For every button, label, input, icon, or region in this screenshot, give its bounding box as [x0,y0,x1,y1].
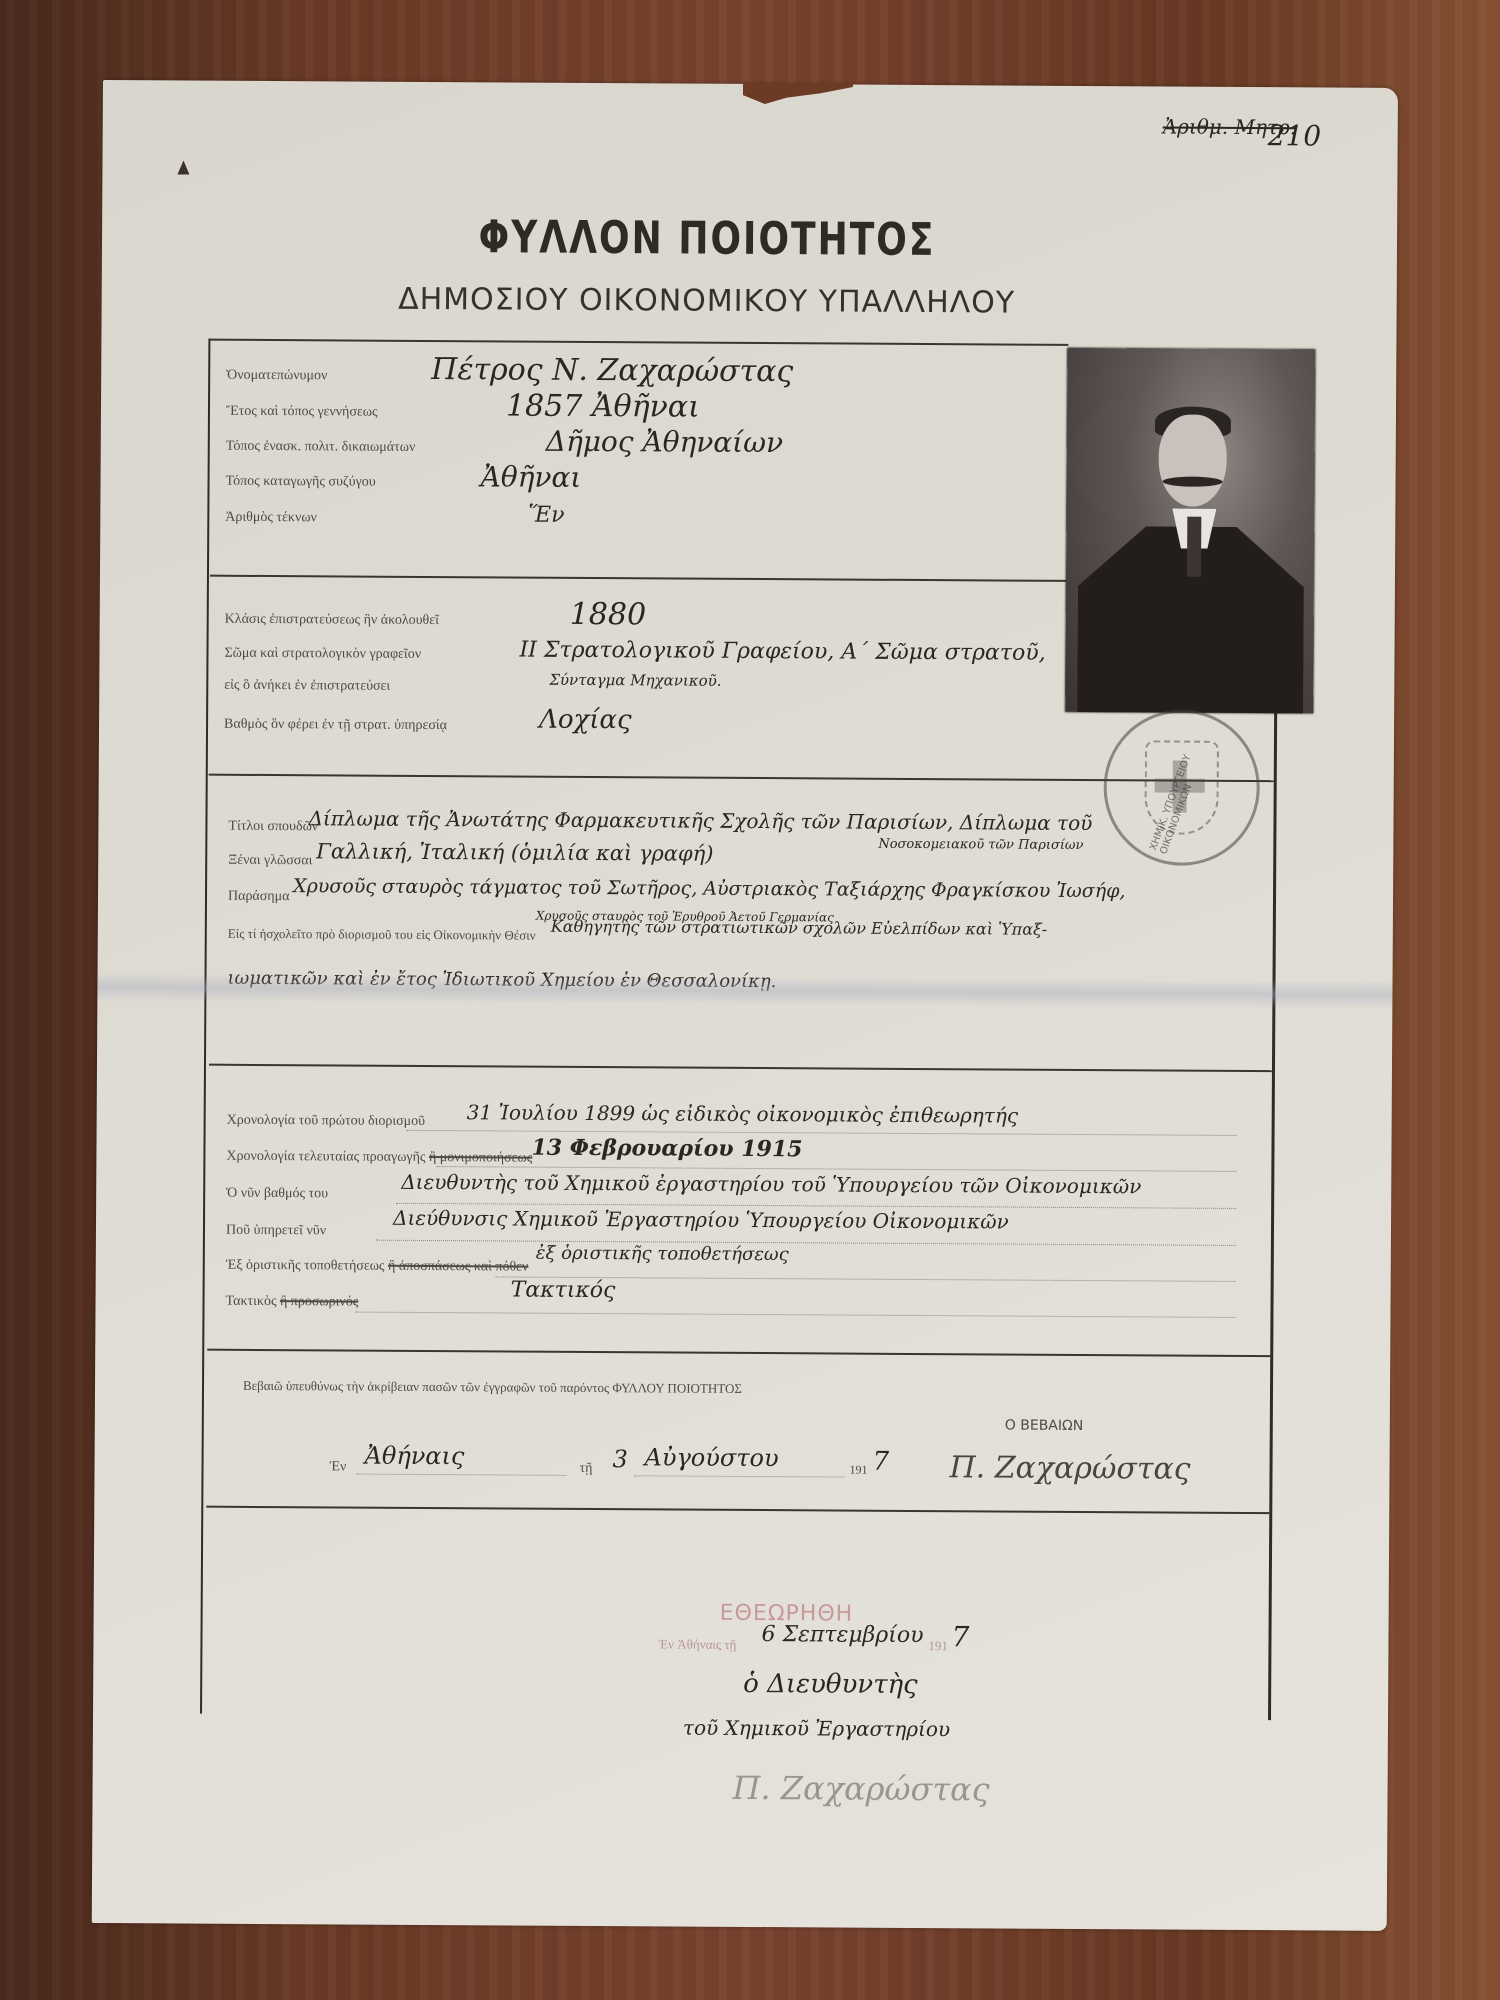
value-degrees-continuation: Νοσοκομειακοῦ τῶν Παρισίων [878,837,1083,853]
value-languages: Γαλλική, Ἰταλική (ὁμιλία καὶ γραφή) [316,839,713,865]
paper-tear [743,82,853,105]
label-first-appointment: Χρονολογία τοῦ πρώτου διορισμοῦ [227,1113,426,1130]
label-languages: Ξέναι γλῶσσαι [228,853,312,870]
value-degrees: Δίπλωμα τῆς Ἀνωτάτης Φαρμακευτικῆς Σχολῆ… [308,806,1092,835]
value-last-promotion: 13 Φεβρουαρίου 1915 [531,1135,802,1163]
value-name: Πέτρος Ν. Ζαχαρώστας [431,352,793,389]
review-title-line2: τοῦ Χημικοῦ Ἐργαστηρίου [683,1716,950,1742]
official-seal-icon: ΧΗΜΙΚ. ΥΠΟΥΡΓΕΙΟΥ ΟΙΚΟΝΟΜΙΚΩΝ [1103,709,1260,866]
portrait-photo [1065,348,1315,714]
value-corps: ΙΙ Στρατολογικοῦ Γραφείου, Α΄ Σῶμα στρατ… [519,638,1045,666]
value-serving-at: Διεύθυνσις Χημικοῦ Ἐργαστηρίου Ὑπουργείο… [393,1206,1009,1234]
value-military-rank: Λοχίας [539,705,632,736]
value-birth: 1857 Ἀθῆναι [506,388,700,424]
certifier-signature: Π. Ζαχαρώστας [949,1450,1190,1486]
value-conscription-class: 1880 [570,597,647,632]
review-year-prefix: 191 [928,1638,948,1654]
certification-statement: Βεβαιῶ ὑπευθύνως τὴν ἀκρίβειαν πασῶν τῶν… [243,1378,742,1397]
frame-right-border [1268,705,1277,1720]
label-name: Ὀνοματεπώνυμον [226,368,327,385]
review-year-suffix: 7 [951,1620,969,1653]
label-civic-rights: Τόπος ἐνασκ. πολιτ. δικαιωμάτων [226,439,416,456]
year-suffix: 7 [872,1447,889,1477]
label-decorations: Παράσημα [228,889,290,905]
review-title-line1: ὁ Διευθυντὴς [743,1669,918,1700]
label-degrees: Τίτλοι σπουδῶν [228,819,318,836]
review-place: Ἐν Ἀθήναις τῇ [658,1636,736,1652]
certification-month: Αὐγούστου [645,1443,779,1472]
label-conscription-class: Κλάσις ἐπιστρατεύσεως ἣν ἀκολουθεῖ [225,612,439,629]
value-spouse-origin: Ἀθῆναι [480,460,581,494]
label-prior-occupation: Εἰς τί ἠσχολεῖτο πρὸ διορισμοῦ του εἰς Ο… [228,926,536,944]
value-civic-rights: Δῆμος Ἀθηναίων [546,425,783,459]
certification-day: 3 [612,1445,627,1473]
label-spouse-origin: Τόπος καταγωγῆς συζύγου [225,474,375,491]
day-label: τῇ [579,1461,592,1477]
section-divider-4 [207,1349,1270,1357]
struck-text: ἢ προσωρινός [280,1294,358,1309]
label-birth: Ἔτος καὶ τόπος γεννήσεως [226,404,378,421]
label-military-rank: Βαθμὸς ὃν φέρει ἐν τῇ στρατ. ὑπηρεσίᾳ [224,717,447,734]
value-permanent: Τακτικός [511,1278,616,1304]
value-decorations: Χρυσοῦς σταυρὸς τάγματος τοῦ Σωτῆρος, Αὐ… [293,875,1126,902]
value-current-rank: Διευθυντὴς τοῦ Χημικοῦ ἐργαστηρίου τοῦ Ὑ… [401,1170,1141,1199]
label-serving-at: Ποῦ ὑπηρετεῖ νῦν [226,1223,326,1240]
document-sheet: Ἀριθμ. Μητρ. 210 ΦΥΛΛΟΝ ΠΟΙΟΤΗΤΟΣ ΔΗΜΟΣΙ… [92,80,1398,1931]
year-prefix: 191 [849,1463,867,1478]
frame-top-border [208,339,1068,346]
certifier-label: Ο ΒΕΒΑΙΩΝ [1005,1418,1084,1434]
value-prior-occupation: Καθηγητὴς τῶν στρατιωτικῶν σχολῶν Εὐελπί… [551,917,1048,939]
value-first-appointment: 31 Ἰουλίου 1899 ὡς εἰδικὸς οἰκονομικὸς ἐ… [467,1100,1019,1127]
section-divider-5 [206,1506,1269,1514]
review-date: 6 Σεπτεμβρίου [761,1622,923,1648]
label-last-promotion: Χρονολογία τελευταίας προαγωγῆς ἢ μονιμο… [226,1149,532,1167]
struck-text: ἢ μονιμοποιήσεως [429,1150,532,1166]
label-corps: Σῶμα καὶ στρατολογικὸν γραφεῖον [224,646,421,663]
label-mobilization: εἰς ὃ ἀνήκει ἐν ἐπιστρατεύσει [224,678,390,695]
pin-hole [177,160,189,174]
label-placement: Ἐξ ὁριστικῆς τοποθετήσεως ἢ ἀποσπάσεως κ… [226,1258,529,1276]
document-subtitle: ΔΗΜΟΣΙΟΥ ΟΙΚΟΝΟΜΙΚΟΥ ΥΠΑΛΛΗΛΟΥ [102,280,1312,322]
value-mobilization: Σύνταγμα Μηχανικοῦ. [549,671,721,690]
margin-note-number: 210 [1268,119,1322,152]
en-label: Ἐν [329,1459,346,1475]
struck-text: ἢ ἀποσπάσεως καὶ πόθεν [388,1259,528,1275]
value-children: Ἕν [528,503,564,528]
section-divider-3 [209,1064,1272,1072]
value-placement: ἐξ ὁριστικῆς τοποθετήσεως [536,1243,789,1266]
label-children: Ἀριθμὸς τέκνων [225,510,317,527]
reviewer-signature: Π. Ζαχαρώστας [732,1769,989,1809]
paper-fold-crease [97,973,1392,1009]
certification-place: Ἀθήναις [365,1442,465,1471]
label-current-rank: Ὁ νῦν βαθμός του [226,1186,328,1203]
label-permanent: Τακτικὸς ἢ προσωρινός [225,1294,358,1311]
section-divider-1 [210,575,1068,582]
document-title: ΦΥΛΛΟΝ ΠΟΙΟΤΗΤΟΣ [102,210,1312,269]
